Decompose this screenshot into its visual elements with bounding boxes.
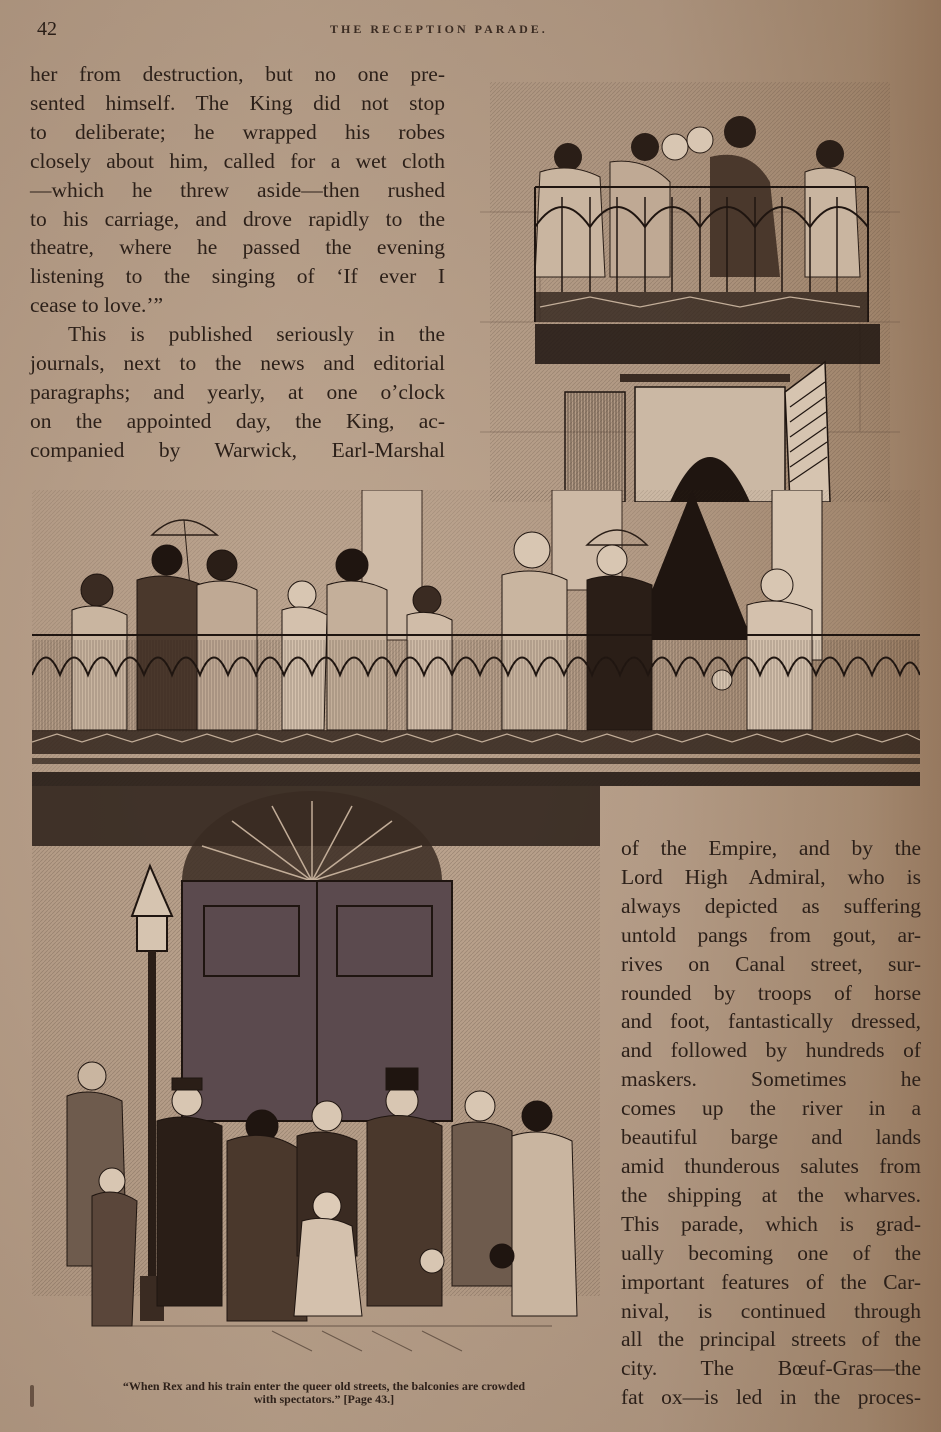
text-line: amid thunderous salutes from <box>621 1152 921 1181</box>
illustration-upper-balcony <box>480 62 900 502</box>
text-line: This is published seriously in the <box>30 320 445 349</box>
text-line: and foot, fantastically dressed, <box>621 1007 921 1036</box>
text-line: companied by Warwick, Earl-Marshal <box>30 436 445 465</box>
text-line: beautiful barge and lands <box>621 1123 921 1152</box>
text-line: fat ox—is led in the proces- <box>621 1383 921 1412</box>
text-line: untold pangs from gout, ar- <box>621 921 921 950</box>
text-line: theatre, where he passed the evening <box>30 233 445 262</box>
body-text-top: her from destruction, but no one pre- se… <box>30 60 445 465</box>
text-line: journals, next to the news and editorial <box>30 349 445 378</box>
running-head: 42 THE RECEPTION PARADE. <box>0 14 941 44</box>
text-line: to deliberate; he wrapped his robes <box>30 118 445 147</box>
text-line: nival, is continued through <box>621 1297 921 1326</box>
balcony-crowd-engraving-icon <box>32 490 920 786</box>
street-crowd-engraving-icon <box>32 786 600 1356</box>
text-line: comes up the river in a <box>621 1094 921 1123</box>
text-line: cease to love.’” <box>30 291 445 320</box>
illustration-main-balcony <box>32 490 920 786</box>
text-line: Lord High Admiral, who is <box>621 863 921 892</box>
text-line: her from destruction, but no one pre- <box>30 60 445 89</box>
text-line: city. The Bœuf-Gras—the <box>621 1354 921 1383</box>
text-line: on the appointed day, the King, ac- <box>30 407 445 436</box>
text-line: paragraphs; and yearly, at one o’clock <box>30 378 445 407</box>
text-line: closely about him, called for a wet clot… <box>30 147 445 176</box>
text-line: listening to the singing of ‘If ever I <box>30 262 445 291</box>
text-line: maskers. Sometimes he <box>621 1065 921 1094</box>
text-line: rives on Canal street, sur- <box>621 950 921 979</box>
text-line: This parade, which is grad- <box>621 1210 921 1239</box>
illustration-street-crowd <box>32 786 600 1356</box>
page-edge-mark <box>30 1385 34 1407</box>
text-line: to his carriage, and drove rapidly to th… <box>30 205 445 234</box>
text-line: ually becoming one of the <box>621 1239 921 1268</box>
page-number: 42 <box>37 18 57 41</box>
text-line: sented himself. The King did not stop <box>30 89 445 118</box>
chapter-title: THE RECEPTION PARADE. <box>330 22 548 37</box>
text-line: all the principal streets of the <box>621 1325 921 1354</box>
body-text-right: of the Empire, and by the Lord High Admi… <box>621 834 921 1412</box>
text-line: of the Empire, and by the <box>621 834 921 863</box>
text-line: and followed by hundreds of <box>621 1036 921 1065</box>
text-line: rounded by troops of horse <box>621 979 921 1008</box>
text-line: important features of the Car- <box>621 1268 921 1297</box>
balcony-engraving-icon <box>480 62 900 502</box>
text-line: —which he threw aside—then rushed <box>30 176 445 205</box>
text-line: the shipping at the wharves. <box>621 1181 921 1210</box>
caption-line-2: with spectators.” [Page 43.] <box>40 1393 608 1406</box>
text-line: always depicted as suffering <box>621 892 921 921</box>
illustration-caption: “When Rex and his train enter the queer … <box>40 1380 608 1406</box>
